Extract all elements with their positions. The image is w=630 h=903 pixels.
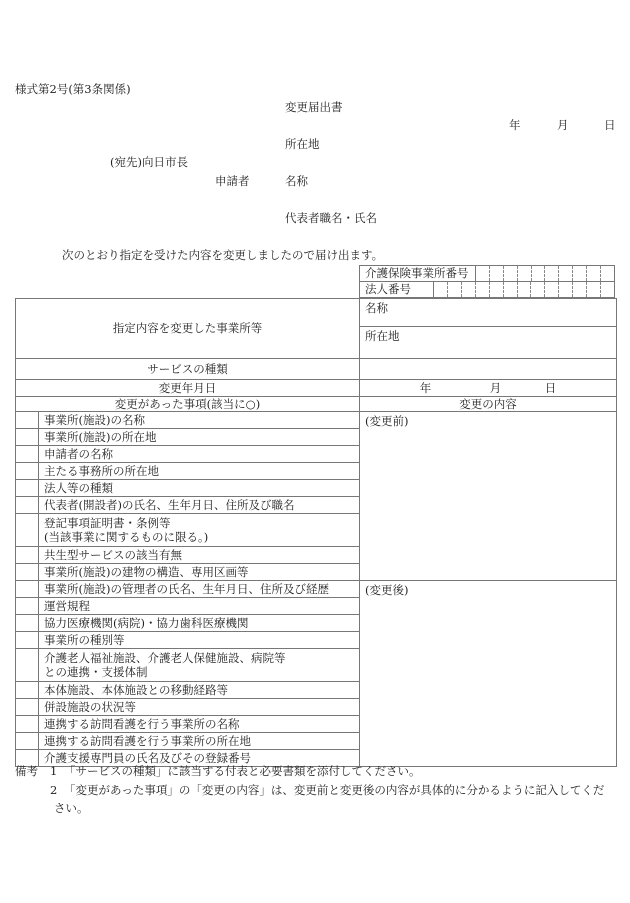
item-label: 事業所(施設)の建物の構造、専用区画等 [39,564,360,581]
digit-cell[interactable] [559,266,573,282]
item-check-cell[interactable] [16,581,39,598]
service-type-field[interactable] [360,359,617,380]
item-label: 主たる事務所の所在地 [39,463,360,480]
change-date-month: 月 [490,381,545,395]
item-label: 共生型サービスの該当有無 [39,547,360,564]
item-check-cell[interactable] [16,412,39,429]
office-address-field[interactable]: 所在地 [360,327,617,359]
item-check-cell[interactable] [16,514,39,547]
addressee: (宛先)向日市長 [110,157,188,169]
item-label: 事業所の種別等 [39,632,360,649]
item-check-cell[interactable] [16,649,39,682]
item-label: 介護老人福祉施設、介護老人保健施設、病院等 との連携・支援体制 [39,649,360,682]
item-label: 連携する訪問看護を行う事業所の名称 [39,716,360,733]
digit-cell[interactable] [545,266,559,282]
office-label: 指定内容を変更した事業所等 [16,299,360,359]
digit-cell[interactable] [489,282,503,298]
note-2-continuation: さい。 [54,803,89,815]
digit-cell[interactable] [531,282,545,298]
digit-cell[interactable] [601,266,615,282]
item-check-cell[interactable] [16,615,39,632]
item-check-cell[interactable] [16,682,39,699]
digit-cell[interactable] [476,266,490,282]
item-check-cell[interactable] [16,547,39,564]
digit-cell[interactable] [489,266,503,282]
item-check-cell[interactable] [16,480,39,497]
digit-cell[interactable] [587,266,601,282]
item-check-cell[interactable] [16,463,39,480]
change-date-label: 変更年月日 [16,380,360,397]
care-insurance-number-label: 介護保険事業所番号 [360,266,476,282]
item-label: 代表者(開設者)の氏名、生年月日、住所及び職名 [39,497,360,514]
date-day-label: 日 [604,120,616,132]
date-month-label: 月 [557,120,569,132]
digit-cell[interactable] [559,282,573,298]
office-name-field[interactable]: 名称 [360,299,617,327]
notes-label: 備考 [15,766,38,778]
office-address-label: 所在地 [365,329,400,343]
change-date-day: 日 [545,381,557,395]
change-date-field[interactable]: 年月日 [360,380,617,397]
before-label: (変更前) [365,414,408,428]
item-check-cell[interactable] [16,716,39,733]
item-label: 事業所(施設)の所在地 [39,429,360,446]
digit-cell[interactable] [531,266,545,282]
note-2-number: 2 [50,785,57,797]
item-label: 事業所(施設)の名称 [39,412,360,429]
representative-label: 代表者職名・氏名 [285,213,377,225]
item-label: 連携する訪問看護を行う事業所の所在地 [39,733,360,750]
digit-cell[interactable] [517,282,531,298]
item-check-cell[interactable] [16,429,39,446]
item-check-cell[interactable] [16,598,39,615]
applicant-label: 申請者 [215,176,250,188]
item-label: 協力医療機関(病院)・協力歯科医療機関 [39,615,360,632]
service-type-label: サービスの種類 [16,359,360,380]
intro-text: 次のとおり指定を受けた内容を変更しましたので届け出ます。 [62,250,383,262]
content-header: 変更の内容 [360,397,617,412]
item-label: 運営規程 [39,598,360,615]
item-check-cell[interactable] [16,632,39,649]
digit-cell[interactable] [434,282,448,298]
after-content-field[interactable]: (変更後) [360,581,617,767]
applicant-name-label: 名称 [285,176,308,188]
note-2-text: 「変更があった事項」の「変更の内容」は、変更前と変更後の内容が具体的に分かるよう… [64,785,604,797]
item-label: 併設施設の状況等 [39,699,360,716]
care-insurance-number-box: 介護保険事業所番号 [359,265,615,282]
date-year-label: 年 [509,120,521,132]
before-content-field[interactable]: (変更前) [360,412,617,581]
office-name-label: 名称 [365,301,388,315]
item-label: 申請者の名称 [39,446,360,463]
items-header: 変更があった事項(該当に○) [16,397,360,412]
digit-cell[interactable] [573,266,587,282]
item-check-cell[interactable] [16,733,39,750]
digit-cell[interactable] [587,282,601,298]
digit-cell[interactable] [517,266,531,282]
note-1-text: 「サービスの種類」に該当する付表と必要書類を添付してください。 [64,766,421,778]
note-1-number: 1 [50,766,57,778]
digit-cell[interactable] [503,282,517,298]
form-number: 様式第2号(第3条関係) [15,84,131,96]
document-title: 変更届出書 [285,102,343,114]
digit-cell[interactable] [601,282,615,298]
digit-cell[interactable] [447,282,461,298]
digit-cell[interactable] [503,266,517,282]
digit-cell[interactable] [475,282,489,298]
item-label: 事業所(施設)の管理者の氏名、生年月日、住所及び経歴 [39,581,360,598]
item-check-cell[interactable] [16,699,39,716]
digit-cell[interactable] [461,282,475,298]
item-label: 本体施設、本体施設との移動経路等 [39,682,360,699]
after-label: (変更後) [365,583,408,597]
corporate-number-box: 法人番号 [359,281,615,298]
item-label: 登記事項証明書・条例等 (当該事業に関するものに限る。) [39,514,360,547]
item-label: 法人等の種類 [39,480,360,497]
item-check-cell[interactable] [16,497,39,514]
item-check-cell[interactable] [16,564,39,581]
change-date-year: 年 [420,381,490,395]
applicant-address-label: 所在地 [285,139,320,151]
change-form-table: 指定内容を変更した事業所等 名称 所在地 サービスの種類 変更年月日 年月日 変… [15,298,617,767]
corporate-number-label: 法人番号 [360,282,434,298]
digit-cell[interactable] [573,282,587,298]
item-check-cell[interactable] [16,446,39,463]
digit-cell[interactable] [545,282,559,298]
